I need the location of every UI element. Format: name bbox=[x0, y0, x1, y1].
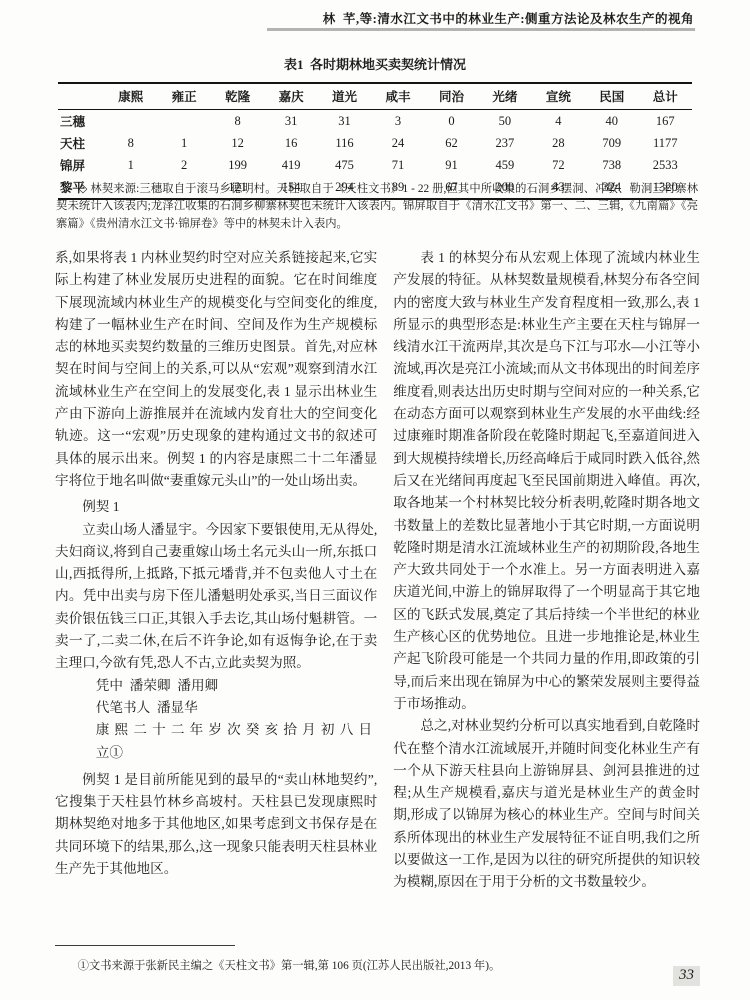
footnote-text: ①文书来源于张新民主编之《天柱文书》第一辑,第 106 页(江苏人民出版社,20… bbox=[55, 957, 690, 973]
paper-page: 林 芊,等:清水江文书中的林业生产:侧重方法论及林农生产的视角 表1 各时期林地… bbox=[0, 0, 750, 1000]
table-cell: 31 bbox=[318, 110, 371, 133]
table-source-note: ◇ 林契来源:三穗取自于滚马乡德明村。天柱取自于《天柱文书》1 - 22 册,但… bbox=[56, 181, 698, 233]
table-cell: 8 bbox=[104, 132, 157, 154]
table-cell: 1177 bbox=[639, 132, 692, 154]
body-paragraph: 总之,对林业契约分析可以真实地看到,自乾隆时代在整个清水江流域展开,并随时间变化… bbox=[393, 715, 700, 893]
contract-body: 立卖山场人潘显宇。今因家下要银使用,无从得处,夫妇商议,将到自己妻重嫁山场土名元… bbox=[55, 519, 377, 675]
contract-witness-line: 凭中 潘荣卿 潘用卿 bbox=[55, 675, 377, 697]
table-cell: 2533 bbox=[639, 154, 692, 176]
table-corner-cell bbox=[58, 83, 104, 110]
table-row: 天柱8112161162462237287091177 bbox=[58, 132, 692, 154]
right-column: 表 1 的林契分布从宏观上体现了流域内林业生产发展的特征。从林契数量规模看,林契… bbox=[393, 247, 700, 894]
table-title: 表1 各时期林地买卖契统计情况 bbox=[58, 54, 692, 73]
table-cell: 40 bbox=[585, 110, 638, 133]
table-cell: 419 bbox=[264, 154, 317, 176]
table-cell: 62 bbox=[425, 132, 478, 154]
table-cell: 1 bbox=[157, 132, 210, 154]
table-cell bbox=[104, 110, 157, 133]
table-cell: 0 bbox=[425, 110, 478, 133]
table-cell: 91 bbox=[425, 154, 478, 176]
table-cell: 72 bbox=[532, 154, 585, 176]
contract-heading: 例契 1 bbox=[55, 496, 377, 518]
table-header-row: 康熙雍正乾隆嘉庆道光咸丰同治光绪宣统民国总计 bbox=[58, 83, 692, 110]
table-column-header: 同治 bbox=[425, 83, 478, 110]
table-cell: 167 bbox=[639, 110, 692, 133]
table-cell: 71 bbox=[371, 154, 424, 176]
table-column-header: 咸丰 bbox=[371, 83, 424, 110]
table-cell: 3 bbox=[371, 110, 424, 133]
body-paragraph: 系,如果将表 1 内林业契约时空对应关系链接起来,它实际上构建了林业发展历史进程… bbox=[55, 247, 377, 492]
table-cell: 1 bbox=[104, 154, 157, 176]
table-row-label: 三穗 bbox=[58, 110, 104, 133]
table-cell: 2 bbox=[157, 154, 210, 176]
table-column-header: 雍正 bbox=[157, 83, 210, 110]
table-cell: 199 bbox=[211, 154, 264, 176]
table-column-header: 道光 bbox=[318, 83, 371, 110]
left-column: 系,如果将表 1 内林业契约时空对应关系链接起来,它实际上构建了林业发展历史进程… bbox=[55, 247, 377, 894]
table-row: 三穗831313050440167 bbox=[58, 110, 692, 133]
running-head-rule bbox=[267, 28, 695, 31]
table-cell: 24 bbox=[371, 132, 424, 154]
statistics-table-section: 表1 各时期林地买卖契统计情况 康熙雍正乾隆嘉庆道光咸丰同治光绪宣统民国总计 三… bbox=[58, 54, 692, 200]
table-column-header: 光绪 bbox=[478, 83, 531, 110]
table-column-header: 嘉庆 bbox=[264, 83, 317, 110]
table-cell bbox=[157, 110, 210, 133]
table-row: 锦屏121994194757191459727382533 bbox=[58, 154, 692, 176]
contract-date-line: 康熙二十二年岁次癸亥拾月初八日 bbox=[55, 719, 377, 741]
table-cell: 709 bbox=[585, 132, 638, 154]
table-cell: 738 bbox=[585, 154, 638, 176]
body-paragraph: 表 1 的林契分布从宏观上体现了流域内林业生产发展的特征。从林契数量规模看,林契… bbox=[393, 247, 700, 715]
table-column-header: 民国 bbox=[585, 83, 638, 110]
footnote-divider bbox=[55, 945, 235, 946]
table-row-label: 天柱 bbox=[58, 132, 104, 154]
table-column-header: 总计 bbox=[639, 83, 692, 110]
table-cell: 50 bbox=[478, 110, 531, 133]
table-cell: 475 bbox=[318, 154, 371, 176]
table-row-label: 锦屏 bbox=[58, 154, 104, 176]
table-cell: 16 bbox=[264, 132, 317, 154]
table-cell: 28 bbox=[532, 132, 585, 154]
table-cell: 31 bbox=[264, 110, 317, 133]
contract-scribe-line: 代笔书人 潘显华 bbox=[55, 697, 377, 719]
table-cell: 237 bbox=[478, 132, 531, 154]
table-cell: 8 bbox=[211, 110, 264, 133]
table-cell: 12 bbox=[211, 132, 264, 154]
table-cell: 4 bbox=[532, 110, 585, 133]
page-number: 33 bbox=[673, 966, 700, 986]
running-head: 林 芊,等:清水江文书中的林业生产:侧重方法论及林农生产的视角 bbox=[323, 9, 694, 27]
table-cell: 459 bbox=[478, 154, 531, 176]
table-column-header: 乾隆 bbox=[211, 83, 264, 110]
table-column-header: 宣统 bbox=[532, 83, 585, 110]
table-head: 康熙雍正乾隆嘉庆道光咸丰同治光绪宣统民国总计 bbox=[58, 83, 692, 110]
body-paragraph: 例契 1 是目前所能见到的最早的“卖山林地契约”,它搜集于天柱县竹林乡高坡村。天… bbox=[55, 769, 377, 880]
body-columns: 系,如果将表 1 内林业契约时空对应关系链接起来,它实际上构建了林业发展历史进程… bbox=[55, 247, 700, 894]
contract-seal-line: 立① bbox=[55, 742, 377, 764]
table-column-header: 康熙 bbox=[104, 83, 157, 110]
table-cell: 116 bbox=[318, 132, 371, 154]
